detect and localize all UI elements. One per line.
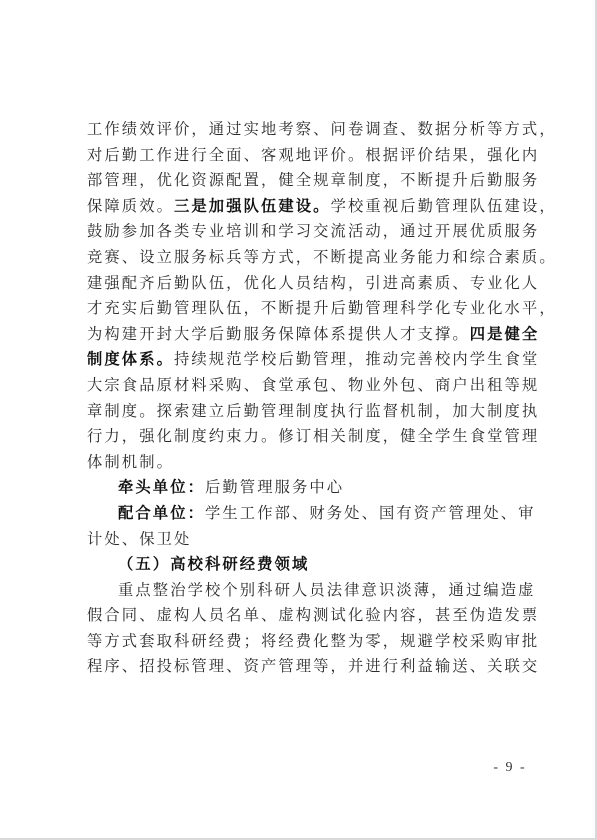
text-span: 重点整治学校个别科研人员法律意识淡薄，通过编造虚 [118,581,536,599]
text-line: 牵头单位：后勤管理服务中心 [87,475,523,501]
text-line: 鼓励参加各类专业培训和学习交流活动，通过开展优质服务 [87,219,523,245]
text-span: 学校重视后勤管理队伍建设， [331,197,557,215]
text-span: 计处、保卫处 [87,530,191,548]
bold-text-span: 牵头单位： [118,478,205,496]
text-span: 假合同、虚构人员名单、虚构测试化验内容，甚至伪造发票 [87,606,539,624]
text-line: 部管理，优化资源配置，健全规章制度，不断提升后勤服务 [87,168,523,194]
text-span: 才充实后勤管理队伍，不断提升后勤管理科学化专业化水平， [87,299,557,317]
text-span: 建强配齐后勤队伍，优化人员结构，引进高素质、专业化人 [87,274,539,292]
text-span: 鼓励参加各类专业培训和学习交流活动，通过开展优质服务 [87,222,539,240]
text-line: 程序、招投标管理、资产管理等，并进行利益输送、关联交 [87,654,523,680]
text-line: 计处、保卫处 [87,527,523,553]
document-body: 工作绩效评价，通过实地考察、问卷调查、数据分析等方式，对后勤工作进行全面、客观地… [87,117,523,680]
text-line: 配合单位：学生工作部、财务处、国有资产管理处、审 [87,501,523,527]
bold-text-span: （五）高校科研经费领域 [118,555,309,573]
text-span: 竞赛、设立服务标兵等方式，不断提高业务能力和综合素质。 [87,248,557,266]
text-line: 体制机制。 [87,450,523,476]
text-line: 假合同、虚构人员名单、虚构测试化验内容，甚至伪造发票 [87,603,523,629]
text-span: 部管理，优化资源配置，健全规章制度，不断提升后勤服务 [87,171,539,189]
text-span: 对后勤工作进行全面、客观地评价。根据评价结果，强化内 [87,146,539,164]
document-page: 工作绩效评价，通过实地考察、问卷调查、数据分析等方式，对后勤工作进行全面、客观地… [0,0,597,840]
bold-text-span: 四是健全 [470,325,540,343]
text-span: 章制度。探索建立后勤管理制度执行监督机制，加大制度执 [87,402,539,420]
text-span: 体制机制。 [87,453,174,471]
text-span: 行力，强化制度约束力。修订相关制度，健全学生食堂管理 [87,427,539,445]
page-number: - 9 - [485,760,535,776]
text-line: 大宗食品原材料采购、食堂承包、物业外包、商户出租等规 [87,373,523,399]
text-line: 对后勤工作进行全面、客观地评价。根据评价结果，强化内 [87,143,523,169]
text-line: 行力，强化制度约束力。修订相关制度，健全学生食堂管理 [87,424,523,450]
text-span: 大宗食品原材料采购、食堂承包、物业外包、商户出租等规 [87,376,539,394]
text-line: 为构建开封大学后勤服务保障体系提供人才支撑。四是健全 [87,322,523,348]
text-span: 持续规范学校后勤管理，推动完善校内学生食堂 [174,350,539,368]
text-span: 学生工作部、财务处、国有资产管理处、审 [205,504,536,522]
text-span: 等方式套取科研经费；将经费化整为零，规避学校采购审批 [87,632,539,650]
text-line: 建强配齐后勤队伍，优化人员结构，引进高素质、专业化人 [87,271,523,297]
text-line: 重点整治学校个别科研人员法律意识淡薄，通过编造虚 [87,578,523,604]
text-line: 制度体系。持续规范学校后勤管理，推动完善校内学生食堂 [87,347,523,373]
text-span: 为构建开封大学后勤服务保障体系提供人才支撑。 [87,325,470,343]
text-line: 章制度。探索建立后勤管理制度执行监督机制，加大制度执 [87,399,523,425]
bold-text-span: 制度体系。 [87,350,174,368]
text-line: 才充实后勤管理队伍，不断提升后勤管理科学化专业化水平， [87,296,523,322]
text-line: 等方式套取科研经费；将经费化整为零，规避学校采购审批 [87,629,523,655]
text-line: （五）高校科研经费领域 [87,552,523,578]
bold-text-span: 三是加强队伍建设。 [174,197,331,215]
text-line: 工作绩效评价，通过实地考察、问卷调查、数据分析等方式， [87,117,523,143]
text-span: 后勤管理服务中心 [205,478,344,496]
text-span: 保障质效。 [87,197,174,215]
text-line: 保障质效。三是加强队伍建设。学校重视后勤管理队伍建设， [87,194,523,220]
text-line: 竞赛、设立服务标兵等方式，不断提高业务能力和综合素质。 [87,245,523,271]
text-span: 程序、招投标管理、资产管理等，并进行利益输送、关联交 [87,657,539,675]
text-span: 工作绩效评价，通过实地考察、问卷调查、数据分析等方式， [87,120,557,138]
bold-text-span: 配合单位： [118,504,205,522]
